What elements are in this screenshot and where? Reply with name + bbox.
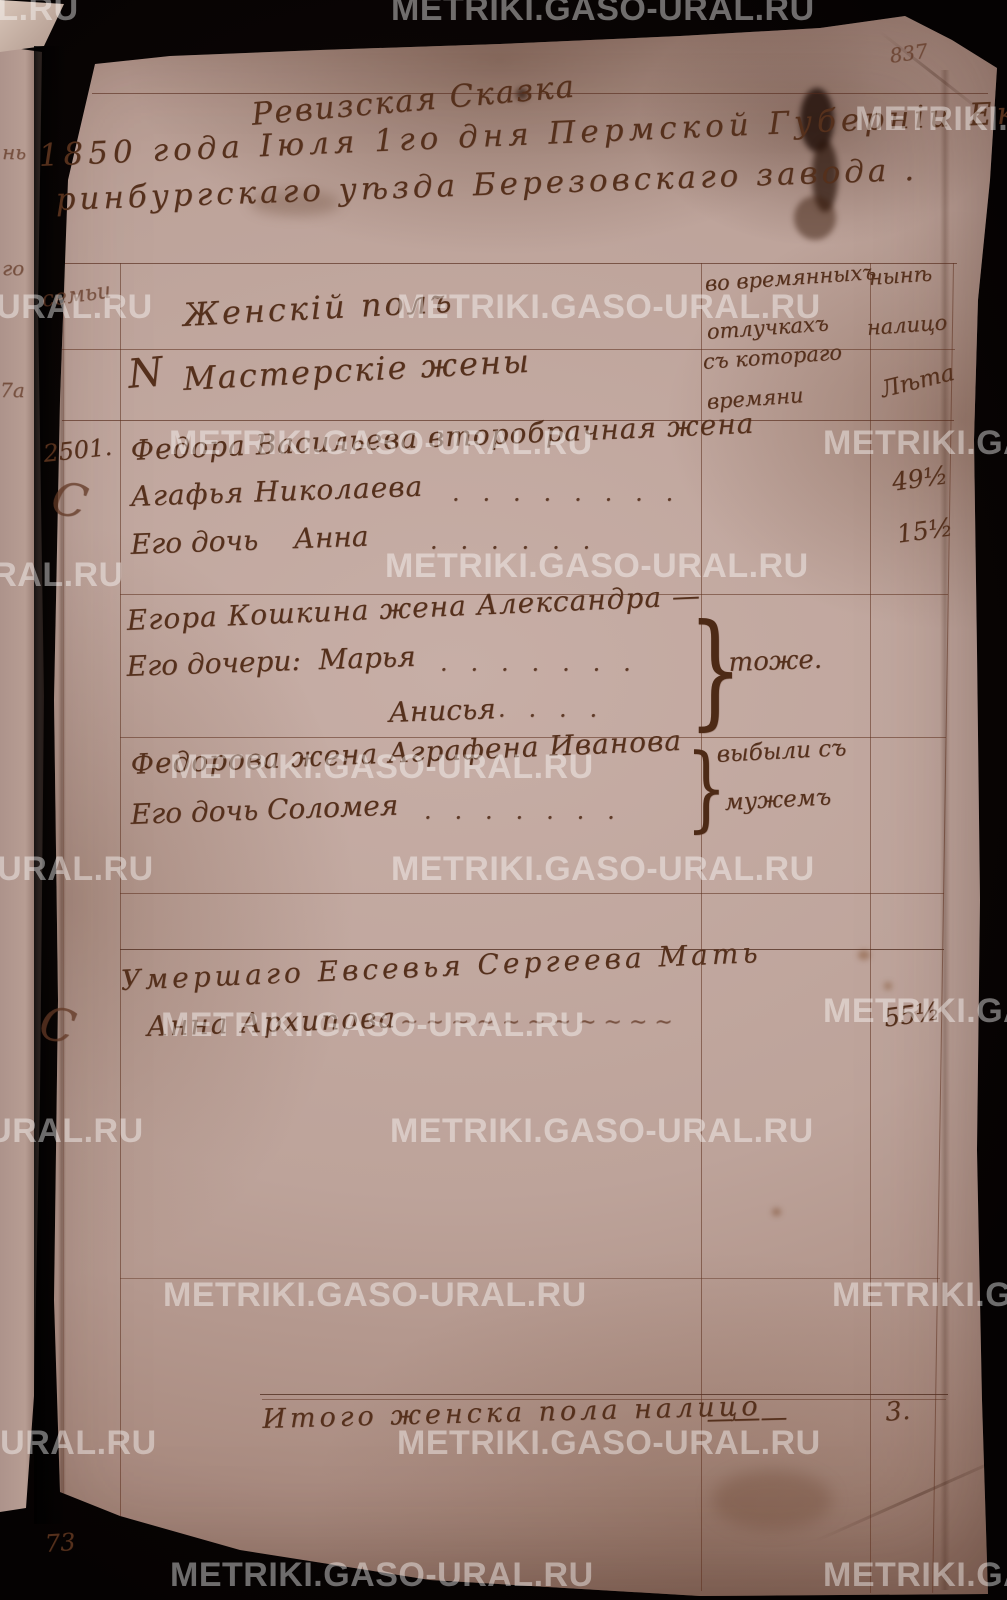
watermark-text: METRIKI.GASO-URAL.RU [0, 850, 154, 889]
watermark-text: METRIKI.GASO-URAL.RU [823, 1556, 1007, 1595]
note-text: тоже. [728, 645, 823, 678]
scanned-document-photo: 837Ревизская Сказка1850 года Іюля 1го дн… [0, 0, 1007, 1600]
watermark-text: METRIKI.GASO-URAL.RU [0, 1424, 157, 1463]
leader-dots: · · · · · · · [440, 656, 631, 684]
edge-fragment: 7а [0, 378, 25, 402]
rule-row [120, 893, 944, 894]
watermark-text: METRIKI.GASO-URAL.RU [385, 547, 809, 586]
watermark-text: METRIKI.GASO-URAL.RU [390, 1112, 814, 1151]
ink-stain [794, 196, 836, 240]
watermark-text: METRIKI.GASO-URAL.RU [391, 0, 815, 29]
foxing-spot [772, 1208, 781, 1216]
corner-crease [814, 1446, 1007, 1542]
header-number: N [126, 349, 165, 398]
leader-dots: · · · · · · · · [452, 486, 673, 514]
header-present-line1: нынѣ [868, 262, 933, 290]
total-value: 3. [884, 1396, 911, 1428]
column-line-number [120, 263, 121, 1583]
watermark-text: METRIKI.GASO-URAL.RU [397, 1424, 821, 1463]
record-line: Анисья [388, 692, 496, 729]
smudge [712, 1470, 832, 1530]
edge-fragment: го [2, 256, 24, 280]
sheet-number: 73 [44, 1528, 76, 1558]
watermark-text: METRIKI.GASO-URAL.RU [0, 556, 124, 595]
watermark-text: METRIKI.GASO-URAL.RU [170, 1556, 594, 1595]
watermark-text: METRIKI.GASO-URAL.RU [163, 1276, 587, 1315]
watermark-text: METRIKI.GASO-URAL.RU [169, 424, 593, 463]
watermark-text: METRIKI.GASO-URAL.RU [0, 288, 153, 327]
watermark-text: METRIKI.GASO-URAL.RU [823, 992, 1007, 1031]
foxing-spot [858, 950, 870, 960]
watermark-text: METRIKI.GASO-URAL.RU [832, 1276, 1007, 1315]
watermark-text: METRIKI.GASO-URAL.RU [0, 0, 79, 29]
note-text: мужемъ [724, 784, 832, 816]
watermark-text: METRIKI.GASO-URAL.RU [855, 100, 1007, 139]
watermark-text: METRIKI.GASO-URAL.RU [397, 288, 821, 327]
watermark-text: METRIKI.GASO-URAL.RU [161, 1006, 585, 1045]
leader-dots: · · · · · · · [424, 804, 615, 832]
watermark-text: METRIKI.GASO-URAL.RU [170, 748, 594, 787]
watermark-text: METRIKI.GASO-URAL.RU [391, 850, 815, 889]
watermark-text: METRIKI.GASO-URAL.RU [823, 424, 1007, 463]
watermark-text: METRIKI.GASO-URAL.RU [0, 1112, 144, 1151]
edge-fragment: нь [2, 140, 26, 164]
foxing-spot [884, 982, 892, 990]
leader-dots: · · · · [498, 702, 597, 730]
